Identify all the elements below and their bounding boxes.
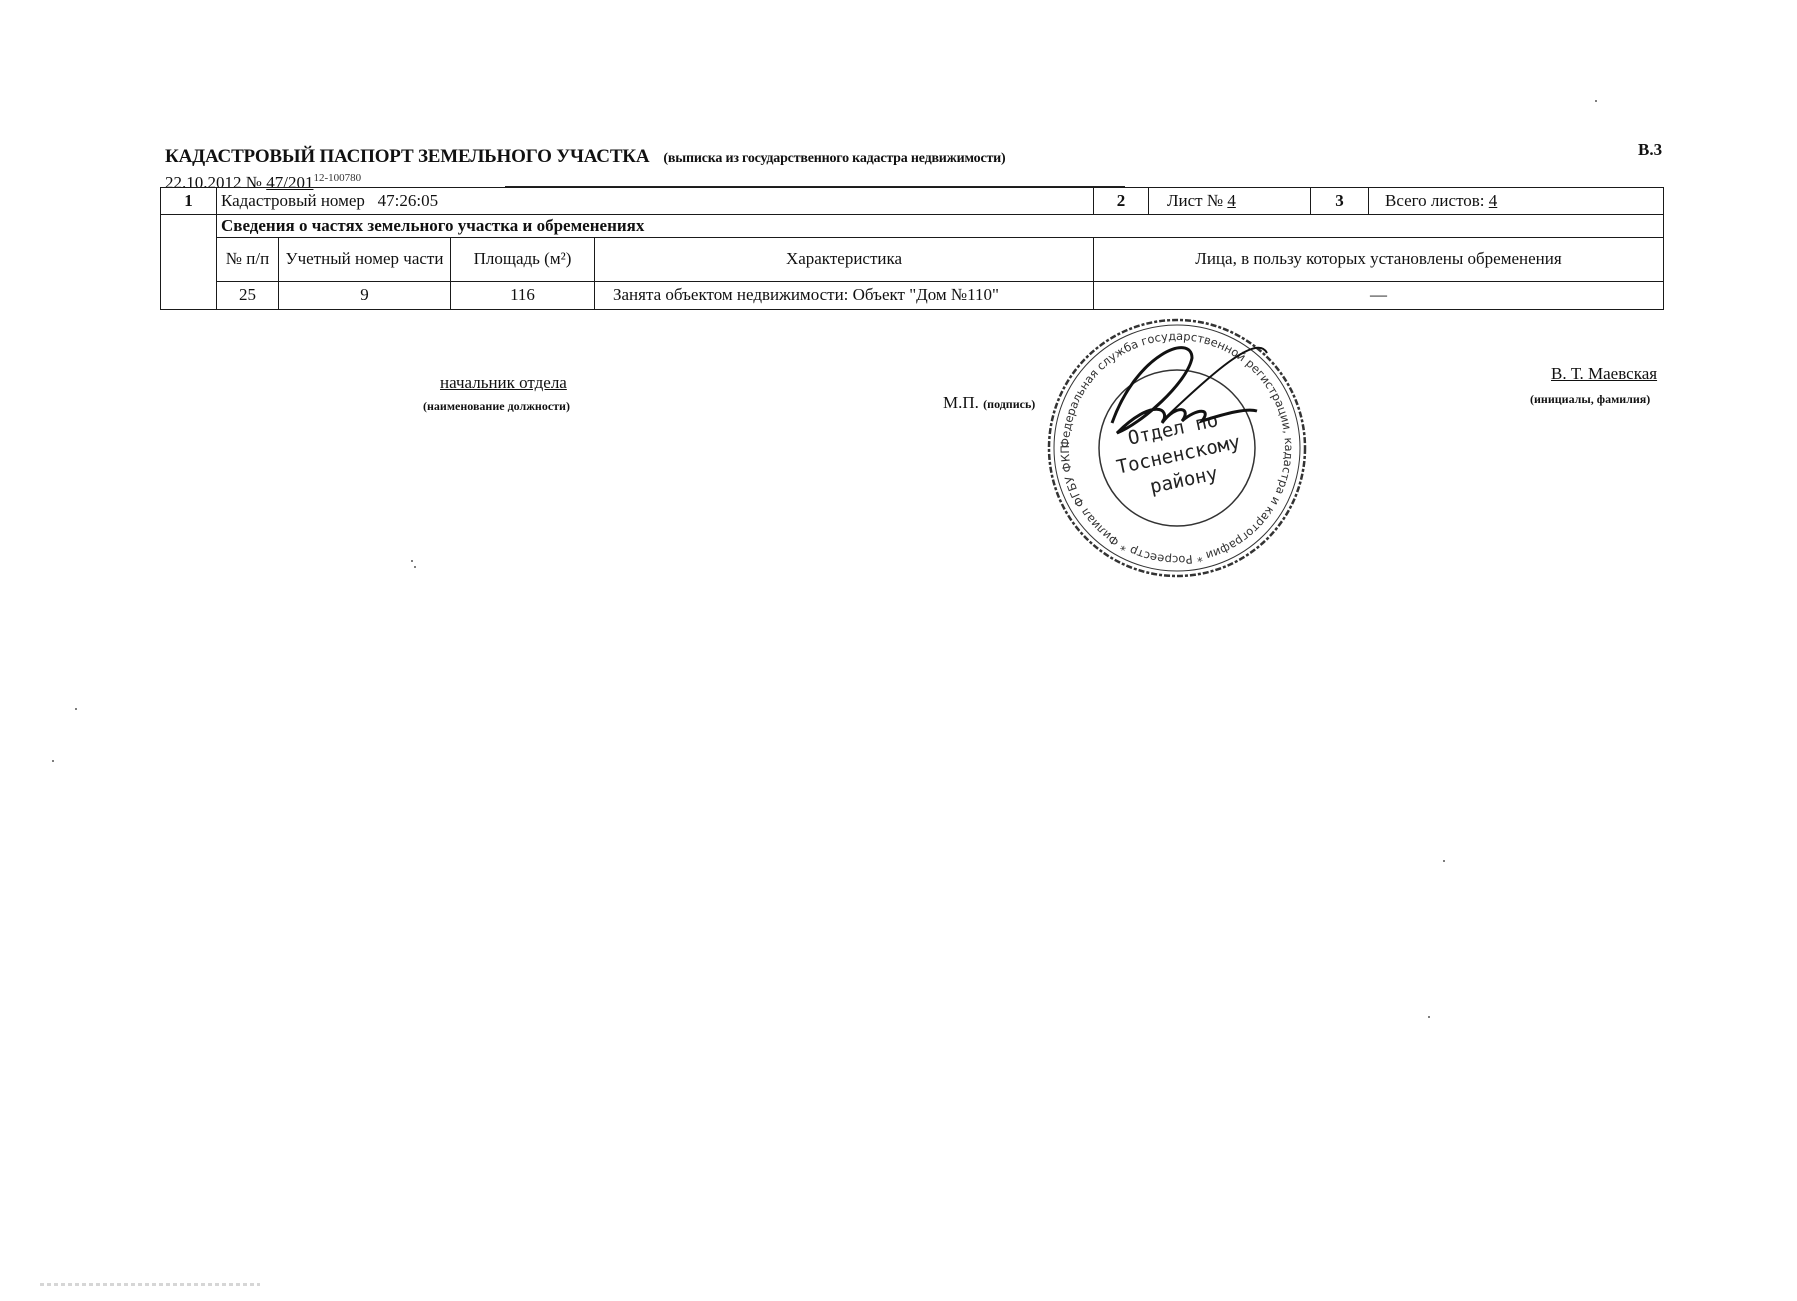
signer-position: начальник отдела [440, 373, 567, 393]
total-sheets-cell: Всего листов: 4 [1369, 188, 1664, 215]
cadastral-label: Кадастровый номер [221, 191, 365, 210]
header-row: 1 Кадастровый номер 47:26:05 2 Лист № 4 … [161, 188, 1664, 215]
seal-label: М.П. (подпись) [943, 393, 1035, 413]
col-header-part-number: Учетный номер части [279, 238, 451, 282]
row-part-number: 9 [279, 282, 451, 310]
row-area: 116 [451, 282, 595, 310]
total-label: Всего листов: [1385, 191, 1485, 210]
cell-index-1: 1 [161, 188, 217, 215]
title-text: КАДАСТРОВЫЙ ПАСПОРТ ЗЕМЕЛЬНОГО УЧАСТКА [165, 146, 649, 167]
sign-caption: (подпись) [983, 397, 1035, 411]
table-row: 25 9 116 Занята объектом недвижимости: О… [161, 282, 1664, 310]
official-stamp: Федеральная служба государственной регис… [1042, 313, 1312, 583]
scan-speck [414, 566, 416, 568]
scan-speck [1428, 1016, 1430, 1018]
scan-speck [1595, 100, 1597, 102]
seal-mark: М.П. [943, 393, 979, 412]
column-header-row: № п/п Учетный номер части Площадь (м²) Х… [161, 238, 1664, 282]
scan-speck [1443, 860, 1445, 862]
parcel-parts-table: 1 Кадастровый номер 47:26:05 2 Лист № 4 … [160, 187, 1664, 310]
sheet-value: 4 [1227, 191, 1236, 210]
scan-speck [52, 760, 54, 762]
cell-index-2: 2 [1094, 188, 1149, 215]
signer-name: В. Т. Маевская [1551, 364, 1657, 384]
sheet-label: Лист № [1167, 191, 1223, 210]
col-header-characteristic: Характеристика [595, 238, 1094, 282]
cadastral-value: 47:26:05 [378, 191, 438, 210]
document-subtitle: (выписка из государственного кадастра не… [663, 151, 1005, 166]
scan-noise [40, 1283, 260, 1286]
section-title: Сведения о частях земельного участка и о… [217, 215, 1664, 238]
cell-index-3: 3 [1311, 188, 1369, 215]
document-number-faded: 12-100780 [313, 172, 361, 184]
form-code: В.3 [1638, 140, 1662, 160]
cadastral-number-cell: Кадастровый номер 47:26:05 [217, 188, 1094, 215]
signer-name-caption: (инициалы, фамилия) [1530, 392, 1650, 407]
sheet-number-cell: Лист № 4 [1149, 188, 1311, 215]
row-characteristic: Занята объектом недвижимости: Объект "До… [595, 282, 1094, 310]
row-beneficiaries: — [1094, 282, 1664, 310]
col-header-beneficiaries: Лица, в пользу которых установлены обрем… [1094, 238, 1664, 282]
scan-speck [411, 560, 413, 562]
signer-position-caption: (наименование должности) [423, 399, 570, 414]
total-value: 4 [1489, 191, 1498, 210]
scan-speck [75, 708, 77, 710]
col-header-num: № п/п [217, 238, 279, 282]
document-title: КАДАСТРОВЫЙ ПАСПОРТ ЗЕМЕЛЬНОГО УЧАСТКА(в… [165, 146, 1005, 168]
section-title-row: Сведения о частях земельного участка и о… [161, 215, 1664, 238]
row-num: 25 [217, 282, 279, 310]
index-spacer-cell [161, 215, 217, 310]
col-header-area: Площадь (м²) [451, 238, 595, 282]
